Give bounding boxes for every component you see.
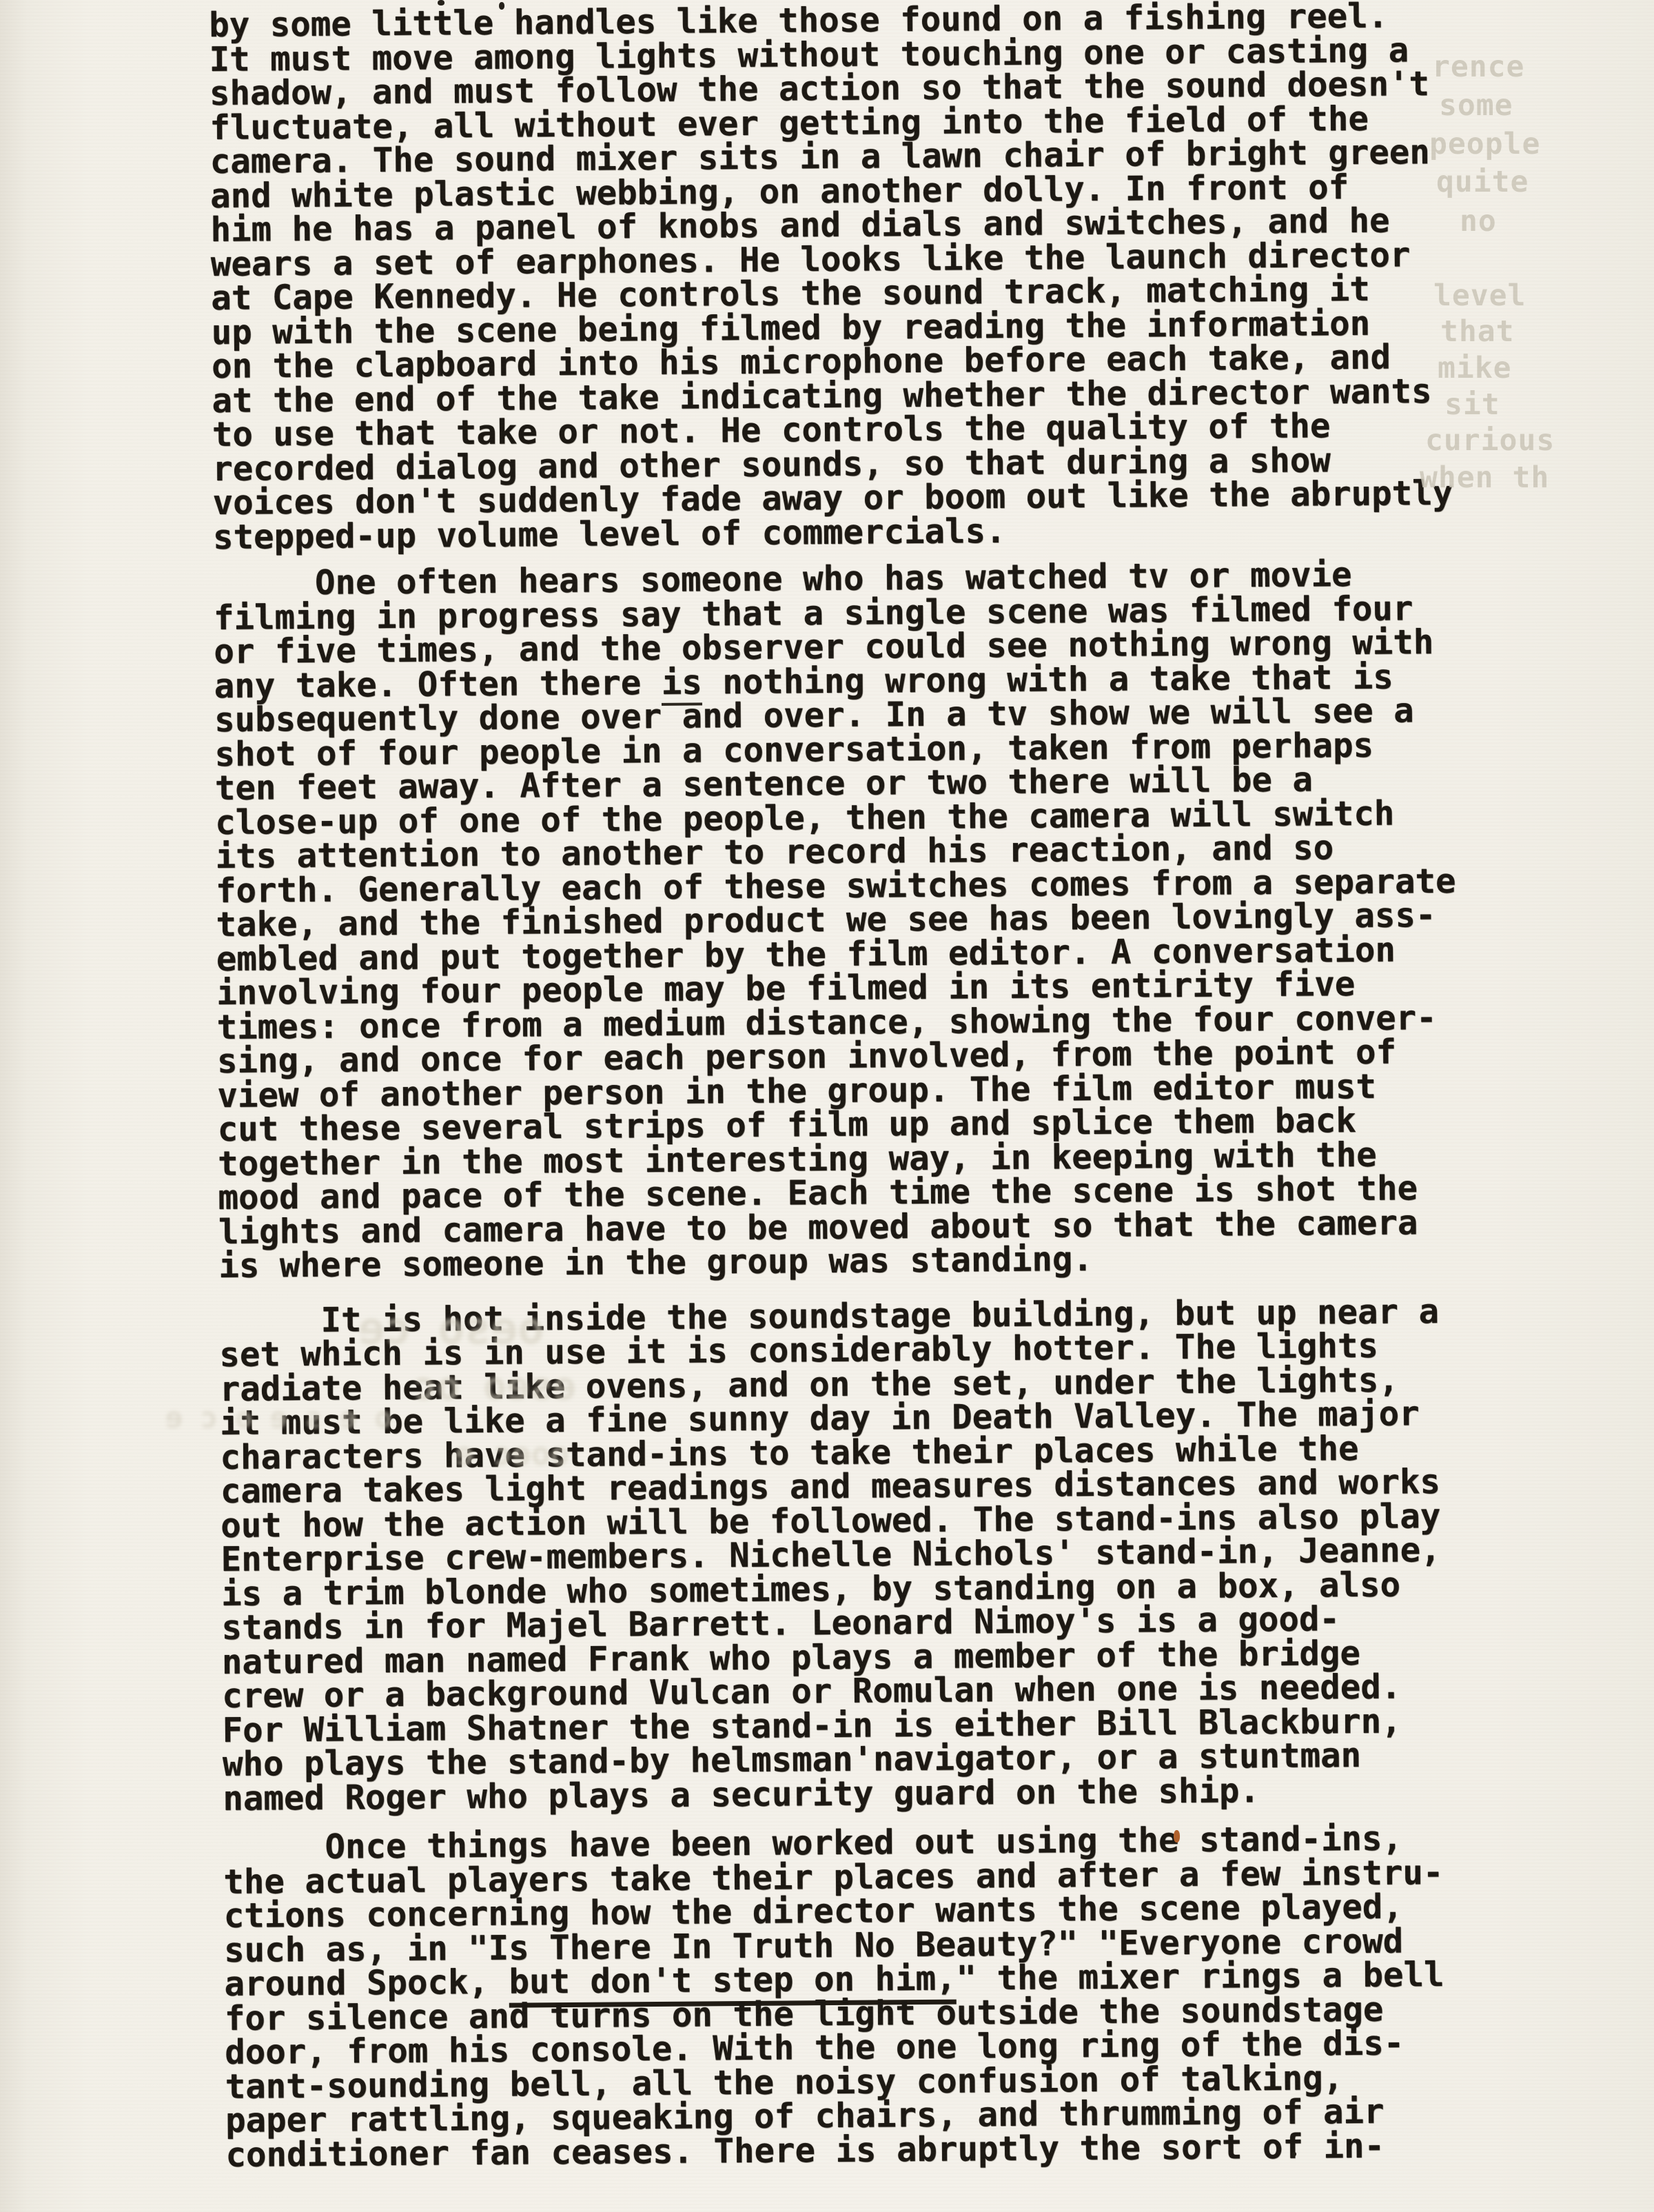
rust-fleck [1174,1830,1180,1843]
bleed-through-fragment: rence [1432,52,1524,82]
bleed-through-fragment: sit [1444,390,1500,420]
text-line: stepped-up volume level of commercials. [213,510,1474,554]
bleed-through-mirrored-fragment: oeso ce [358,1307,544,1351]
typewritten-text-block: by some little handles like those found … [209,0,1487,2172]
ink-speck [499,2,504,10]
paragraph: It is hot inside the soundstage building… [219,1294,1484,1816]
bleed-through-fragment: no [1460,207,1497,236]
bleed-through-fragment: curious [1425,426,1555,456]
ink-speck [1292,2152,1296,2156]
bleed-through-fragment: when th [1420,463,1549,493]
text-run: is where someone in the group was standi… [218,1239,1093,1286]
paragraph: Once things have been worked out using t… [223,1821,1487,2172]
bleed-through-fragment: some [1439,91,1513,121]
text-run: named Roger who plays a security guard o… [223,1771,1260,1818]
paragraph: One often hears someone who has watched … [213,557,1480,1283]
ink-speck [438,0,445,6]
bleed-through-fragment: level [1433,281,1526,311]
paragraph: by some little handles like those found … [209,0,1474,554]
bleed-through-fragment: quite [1436,168,1529,197]
text-run: stepped-up volume level of commercials. [213,511,1006,556]
text-run: conditioner fan ceases. There is abruptl… [225,2126,1385,2174]
bleed-through-mirrored-fragment: o e s e o c e [165,1403,392,1432]
scanned-page-body: { "document": { "paragraphs": [ { "lines… [0,0,1654,2212]
text-line: is where someone in the group was standi… [218,1239,1480,1283]
text-line: named Roger who plays a security guard o… [223,1772,1484,1816]
text-line: conditioner fan ceases. There is abruptl… [225,2128,1487,2172]
bleed-through-mirrored-fragment: eseo oc [413,1368,576,1406]
bleed-through-fragment: that [1440,317,1515,347]
bleed-through-fragment: mike [1438,354,1512,383]
bleed-through-fragment: people [1429,130,1540,159]
bleed-through-mirrored-fragment: ooec e [455,1438,569,1470]
